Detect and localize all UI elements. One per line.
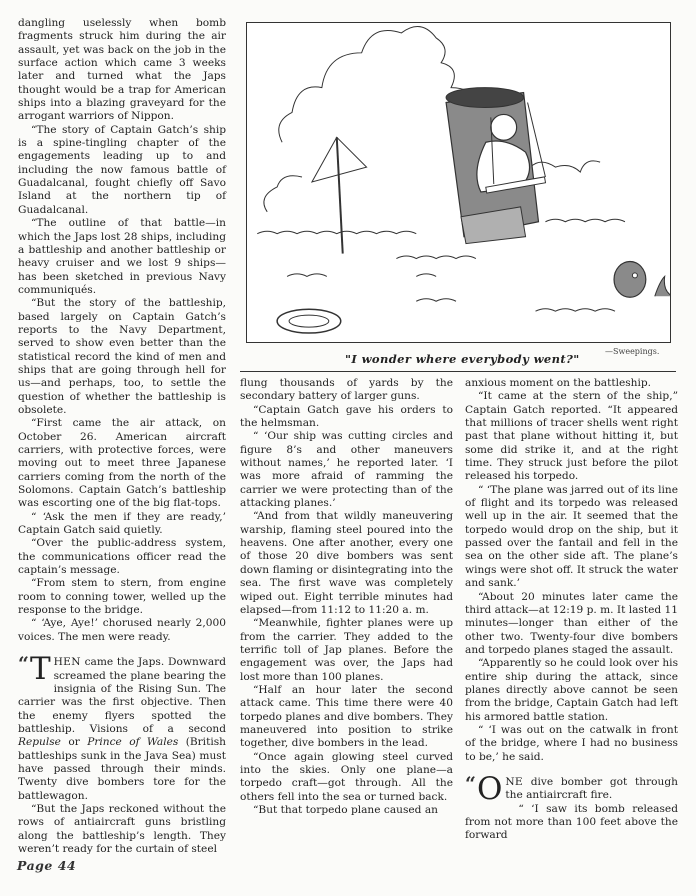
sailor-head [491,114,517,140]
paragraph: “Apparently so he could look over his en… [465,657,678,724]
paragraph: “The outline of that battle—in which the… [18,217,226,297]
paragraph: “The story of Captain Gatch’s ship is a … [18,124,226,217]
text-run: or [61,736,87,748]
paragraph: “ ‘I was out on the catwalk in front of … [465,724,678,764]
paragraph: “But the story of the battleship, based … [18,297,226,417]
paragraph: “Captain Gatch gave his orders to the he… [240,404,453,431]
dropcap-paragraph: “THEN came the Japs. Downward screamed t… [18,656,226,803]
paragraph: flung thousands of yards by the secondar… [240,377,453,404]
lead-caps: HEN [54,656,81,668]
page-number: Page 44 [17,858,76,873]
paragraph: “Once again glowing steel curved into th… [240,751,453,804]
drop-cap: “O [465,776,502,803]
text-run: dive bomber got through the antiaircraft… [505,776,678,801]
article-column-left: dangling uselessly when bomb fragments s… [18,17,226,856]
paragraph: “ ‘Our ship was cutting circles and figu… [240,430,453,510]
cloud-left-lower [264,176,302,212]
life-ring [277,309,341,333]
cartoon-illustration [246,22,671,343]
paragraph: dangling uselessly when bomb fragments s… [18,17,226,124]
paragraph: “It came at the stern of the ship,” Capt… [465,390,678,483]
cartoon-drawing [247,23,670,342]
drop-cap: “T [18,656,51,683]
paragraph: “From stem to stern, from engine room to… [18,577,226,617]
ship-name: Repulse [18,736,61,748]
sea-creature [614,262,646,298]
drop-quote-mark: “ [18,656,29,673]
paragraph: “About 20 minutes later came the third a… [465,591,678,658]
paragraph: “Half an hour later the second attack ca… [240,684,453,751]
waves-mid [287,256,476,276]
paragraph: “ ‘I saw its bomb released from not more… [465,803,678,843]
article-column-right: anxious moment on the battleship. “It ca… [465,377,678,843]
lead-caps: NE [505,776,523,788]
mast [337,137,343,253]
paragraph: “Over the public-address system, the com… [18,537,226,577]
drop-cap-letter: T [30,656,51,683]
horizontal-rule [240,371,676,372]
ship-name: Prince of Wales [87,736,178,748]
paragraph: “But the Japs reckoned without the rows … [18,803,226,856]
paragraph: “Meanwhile, fighter planes were up from … [240,617,453,684]
paragraph: anxious moment on the battleship. [465,377,678,390]
cartoon-credit: —Sweepings. [605,347,659,356]
sea-creature-tail [655,276,670,296]
paragraph: “And from that wildly maneuvering warshi… [240,510,453,617]
waves-horizon [257,219,625,233]
paragraph: “But that torpedo plane caused an [240,804,453,817]
paragraph: “ ‘The plane was jarred out of its line … [465,484,678,591]
waves-lower [416,299,615,311]
drop-cap-letter: O [477,776,502,803]
paragraph: “ ‘Ask the men if they are ready,’ Capta… [18,511,226,538]
paragraph: “ ‘Aye, Aye!’ chorused nearly 2,000 voic… [18,617,226,644]
paragraph: “First came the air attack, on October 2… [18,417,226,510]
cartoon-caption: "I wonder where everybody went?" [345,352,580,366]
dropcap-paragraph: “ONE dive bomber got through the antiair… [465,776,678,803]
smokestack-top [446,88,524,108]
article-column-middle: flung thousands of yards by the secondar… [240,377,453,817]
drop-quote-mark: “ [465,776,476,793]
